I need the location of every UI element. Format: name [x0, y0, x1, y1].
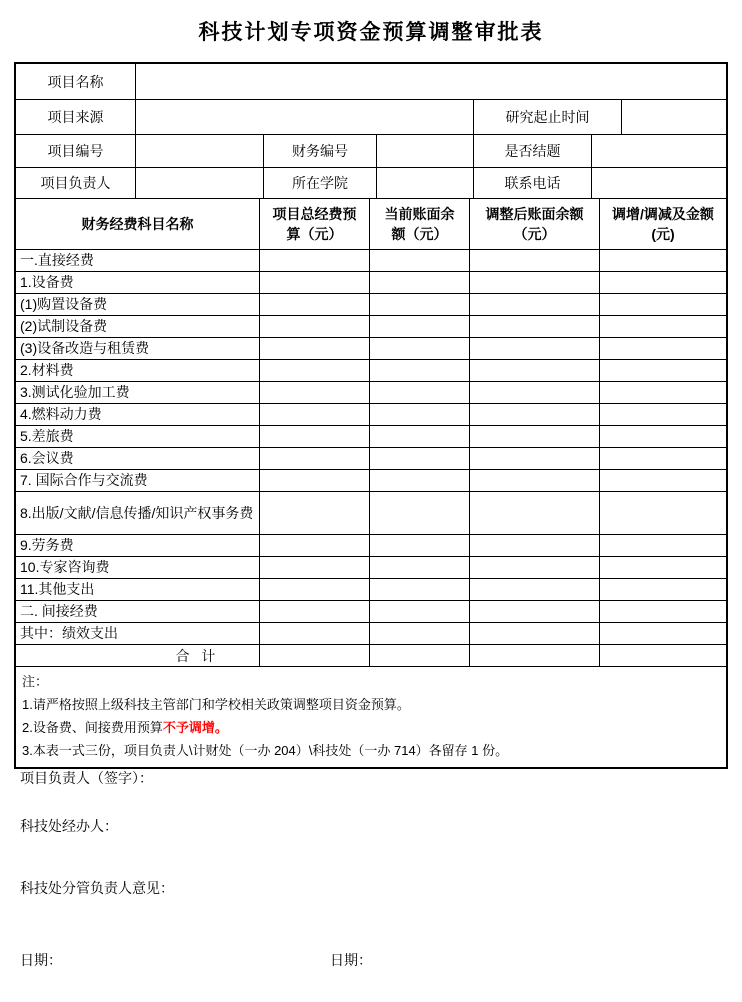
- fee-value-cell[interactable]: [600, 492, 726, 534]
- fee-value-cell[interactable]: [600, 557, 726, 578]
- fee-value-cell[interactable]: [470, 404, 600, 425]
- project-name-label: 项目名称: [16, 64, 136, 99]
- fee-value-cell[interactable]: [470, 294, 600, 315]
- fee-value-cell[interactable]: [260, 338, 370, 359]
- project-name-field[interactable]: [136, 64, 726, 99]
- fee-category-cell: (2)试制设备费: [16, 316, 260, 337]
- budget-row: 11.其他支出: [16, 579, 726, 601]
- note-line-1: 1.请严格按照上级科技主管部门和学校相关政策调整项目资金预算。: [22, 693, 720, 716]
- project-number-field[interactable]: [136, 135, 264, 167]
- fee-category-cell: 8.出版/文献/信息传播/知识产权事务费: [16, 492, 260, 534]
- fee-value-cell[interactable]: [370, 338, 470, 359]
- fee-value-cell[interactable]: [370, 492, 470, 534]
- fee-value-cell[interactable]: [470, 557, 600, 578]
- page-title: 科技计划专项资金预算调整审批表: [0, 16, 742, 46]
- fee-value-cell[interactable]: [470, 360, 600, 381]
- fee-value-cell[interactable]: [600, 338, 726, 359]
- budget-row: 5.差旅费: [16, 426, 726, 448]
- budget-row: 8.出版/文献/信息传播/知识产权事务费: [16, 492, 726, 535]
- fee-value-cell[interactable]: [260, 492, 370, 534]
- document-page: 科技计划专项资金预算调整审批表 项目名称 项目来源 研究起止时间 项目编号 财务…: [0, 0, 742, 1002]
- header-total-budget: 项目总经费预算（元）: [260, 199, 370, 249]
- fee-value-cell[interactable]: [470, 316, 600, 337]
- fee-value-cell[interactable]: [370, 470, 470, 491]
- budget-row: 其中：绩效支出: [16, 623, 726, 645]
- fee-value-cell[interactable]: [260, 272, 370, 293]
- budget-row: 二. 间接经费: [16, 601, 726, 623]
- fee-value-cell[interactable]: [470, 250, 600, 271]
- budget-row: 7. 国际合作与交流费: [16, 470, 726, 492]
- fee-value-cell[interactable]: [470, 470, 600, 491]
- total-label-cell: 合 计: [16, 645, 260, 666]
- notes-row: 注： 1.请严格按照上级科技主管部门和学校相关政策调整项目资金预算。 2.设备费…: [16, 667, 726, 767]
- fee-value-cell[interactable]: [600, 426, 726, 447]
- fee-value-cell[interactable]: [370, 579, 470, 600]
- fee-value-cell[interactable]: [370, 272, 470, 293]
- fee-category-cell: 2.材料费: [16, 360, 260, 381]
- fee-value-cell[interactable]: [600, 360, 726, 381]
- finance-number-field[interactable]: [377, 135, 474, 167]
- fee-value-cell[interactable]: [600, 601, 726, 622]
- fee-value-cell[interactable]: [600, 535, 726, 556]
- fee-value-cell[interactable]: [600, 294, 726, 315]
- fee-value-cell[interactable]: [600, 645, 726, 666]
- fee-value-cell[interactable]: [370, 623, 470, 644]
- budget-row: (3)设备改造与租赁费: [16, 338, 726, 360]
- no-increase-warning: 不予调增。: [163, 720, 228, 735]
- fee-value-cell[interactable]: [370, 404, 470, 425]
- approval-form-table: 项目名称 项目来源 研究起止时间 项目编号 财务编号 是否结题 项目负责人 所在…: [14, 62, 728, 769]
- fee-value-cell[interactable]: [370, 601, 470, 622]
- fee-value-cell[interactable]: [260, 535, 370, 556]
- fee-value-cell[interactable]: [470, 579, 600, 600]
- fee-value-cell[interactable]: [600, 272, 726, 293]
- fee-value-cell[interactable]: [370, 645, 470, 666]
- fee-category-cell: 1.设备费: [16, 272, 260, 293]
- fee-value-cell[interactable]: [370, 294, 470, 315]
- fee-value-cell[interactable]: [470, 426, 600, 447]
- fee-value-cell[interactable]: [370, 250, 470, 271]
- supervisor-opinion-label: 科技处分管负责人意见：: [20, 878, 174, 898]
- note-line-2: 2.设备费、间接费用预算不予调增。: [22, 716, 720, 739]
- budget-row: 9.劳务费: [16, 535, 726, 557]
- fee-category-cell: 4.燃料动力费: [16, 404, 260, 425]
- fee-value-cell[interactable]: [260, 470, 370, 491]
- budget-row: (1)购置设备费: [16, 294, 726, 316]
- budget-row: 10.专家咨询费: [16, 557, 726, 579]
- fee-value-cell[interactable]: [260, 645, 370, 666]
- budget-total-row: 合 计: [16, 645, 726, 667]
- fee-value-cell[interactable]: [600, 579, 726, 600]
- fee-value-cell[interactable]: [470, 645, 600, 666]
- project-leader-field[interactable]: [136, 168, 264, 198]
- budget-row: 6.会议费: [16, 448, 726, 470]
- finance-number-label: 财务编号: [264, 135, 377, 167]
- fee-value-cell[interactable]: [600, 470, 726, 491]
- budget-row: (2)试制设备费: [16, 316, 726, 338]
- fee-value-cell[interactable]: [470, 338, 600, 359]
- fee-value-cell[interactable]: [260, 579, 370, 600]
- phone-label: 联系电话: [474, 168, 592, 198]
- fee-value-cell[interactable]: [260, 294, 370, 315]
- budget-row: 4.燃料动力费: [16, 404, 726, 426]
- budget-row: 一.直接经费: [16, 250, 726, 272]
- info-row-project-name: 项目名称: [16, 64, 726, 100]
- research-period-label: 研究起止时间: [474, 100, 622, 134]
- fee-value-cell[interactable]: [600, 382, 726, 403]
- fee-value-cell[interactable]: [260, 623, 370, 644]
- fee-value-cell[interactable]: [470, 492, 600, 534]
- fee-category-cell: 9.劳务费: [16, 535, 260, 556]
- fee-value-cell[interactable]: [370, 360, 470, 381]
- fee-value-cell[interactable]: [370, 557, 470, 578]
- fee-value-cell[interactable]: [370, 382, 470, 403]
- header-adjust-amount: 调增/调减及金额(元): [600, 199, 726, 249]
- fee-category-cell: 其中：绩效支出: [16, 623, 260, 644]
- notes-block: 注： 1.请严格按照上级科技主管部门和学校相关政策调整项目资金预算。 2.设备费…: [16, 667, 726, 767]
- fee-value-cell[interactable]: [470, 623, 600, 644]
- fee-category-cell: 3.测试化验加工费: [16, 382, 260, 403]
- info-row-numbers: 项目编号 财务编号 是否结题: [16, 135, 726, 168]
- handler-label: 科技处经办人：: [20, 816, 118, 836]
- project-source-field[interactable]: [136, 100, 474, 134]
- fee-category-cell: 5.差旅费: [16, 426, 260, 447]
- notes-label: 注：: [22, 670, 720, 693]
- fee-value-cell[interactable]: [600, 250, 726, 271]
- budget-row: 2.材料费: [16, 360, 726, 382]
- leader-signature-label: 项目负责人（签字）：: [20, 768, 153, 788]
- project-number-label: 项目编号: [16, 135, 136, 167]
- project-leader-label: 项目负责人: [16, 168, 136, 198]
- college-field[interactable]: [377, 168, 474, 198]
- fee-value-cell[interactable]: [370, 426, 470, 447]
- header-adjusted-balance: 调整后账面余额（元）: [470, 199, 600, 249]
- fee-value-cell[interactable]: [260, 557, 370, 578]
- fee-value-cell[interactable]: [470, 535, 600, 556]
- fee-value-cell[interactable]: [470, 448, 600, 469]
- research-period-field[interactable]: [622, 100, 726, 134]
- fee-category-cell: 二. 间接经费: [16, 601, 260, 622]
- fee-value-cell[interactable]: [260, 316, 370, 337]
- is-concluded-field[interactable]: [592, 135, 726, 167]
- fee-value-cell[interactable]: [470, 272, 600, 293]
- date-label-left: 日期：: [20, 950, 62, 970]
- fee-value-cell[interactable]: [370, 316, 470, 337]
- project-source-label: 项目来源: [16, 100, 136, 134]
- fee-value-cell[interactable]: [260, 404, 370, 425]
- budget-header-row: 财务经费科目名称 项目总经费预算（元） 当前账面余额（元） 调整后账面余额（元）…: [16, 199, 726, 250]
- fee-value-cell[interactable]: [260, 601, 370, 622]
- fee-category-cell: 7. 国际合作与交流费: [16, 470, 260, 491]
- info-row-source: 项目来源 研究起止时间: [16, 100, 726, 135]
- fee-category-cell: 11.其他支出: [16, 579, 260, 600]
- fee-value-cell[interactable]: [600, 404, 726, 425]
- fee-value-cell[interactable]: [370, 535, 470, 556]
- college-label: 所在学院: [264, 168, 377, 198]
- fee-value-cell[interactable]: [600, 448, 726, 469]
- note-line-3: 3.本表一式三份，项目负责人\计财处（一办 204）\科技处（一办 714）各留…: [22, 739, 720, 762]
- fee-value-cell[interactable]: [260, 250, 370, 271]
- header-current-balance: 当前账面余额（元）: [370, 199, 470, 249]
- info-row-leader: 项目负责人 所在学院 联系电话: [16, 168, 726, 199]
- fee-category-cell: 6.会议费: [16, 448, 260, 469]
- fee-value-cell[interactable]: [600, 623, 726, 644]
- fee-category-cell: 一.直接经费: [16, 250, 260, 271]
- fee-value-cell[interactable]: [470, 382, 600, 403]
- is-concluded-label: 是否结题: [474, 135, 592, 167]
- fee-value-cell[interactable]: [260, 426, 370, 447]
- fee-value-cell[interactable]: [260, 382, 370, 403]
- budget-row: 3.测试化验加工费: [16, 382, 726, 404]
- fee-value-cell[interactable]: [260, 448, 370, 469]
- fee-value-cell[interactable]: [260, 360, 370, 381]
- phone-field[interactable]: [592, 168, 726, 198]
- fee-category-cell: (3)设备改造与租赁费: [16, 338, 260, 359]
- fee-category-cell: 10.专家咨询费: [16, 557, 260, 578]
- fee-value-cell[interactable]: [370, 448, 470, 469]
- fee-value-cell[interactable]: [470, 601, 600, 622]
- budget-row: 1.设备费: [16, 272, 726, 294]
- fee-value-cell[interactable]: [600, 316, 726, 337]
- fee-category-cell: (1)购置设备费: [16, 294, 260, 315]
- date-label-right: 日期：: [330, 950, 372, 970]
- header-subject-name: 财务经费科目名称: [16, 199, 260, 249]
